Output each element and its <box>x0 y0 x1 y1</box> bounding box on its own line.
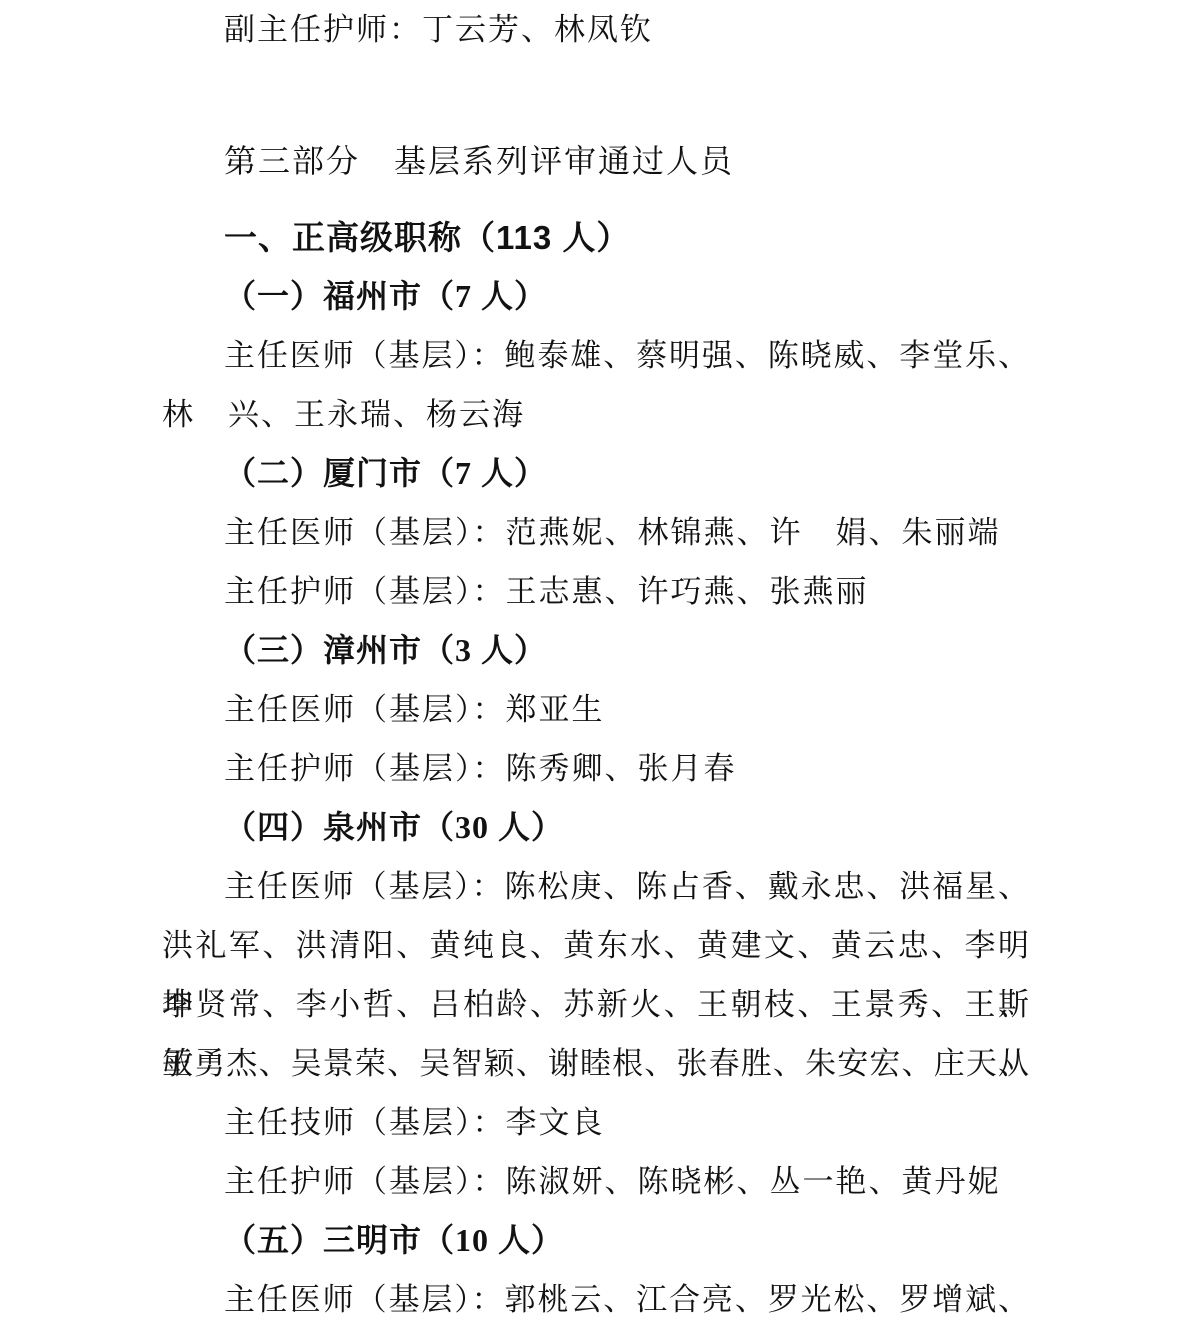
quanzhou-chief-technicians: 主任技师（基层）：李文良 <box>162 1093 1030 1152</box>
xiamen-chief-physicians: 主任医师（基层）：范燕妮、林锦燕、许 娟、朱丽端 <box>162 503 1030 562</box>
part3-title: 第三部分 基层系列评审通过人员 <box>162 132 1030 191</box>
sanming-chief-physicians-line1: 主任医师（基层）：郭桃云、江合亮、罗光松、罗增斌、 <box>162 1270 1030 1329</box>
city-heading-zhangzhou: （三）漳州市（3 人） <box>162 621 1030 680</box>
zhangzhou-chief-nurses: 主任护师（基层）：陈秀卿、张月春 <box>162 739 1030 798</box>
quanzhou-chief-physicians-line4: 王勇杰、吴景荣、吴智颖、谢睦根、张春胜、朱安宏、庄天从 <box>162 1034 1030 1093</box>
fuzhou-chief-physicians-line2: 林 兴、王永瑞、杨云海 <box>162 385 1030 444</box>
fuzhou-chief-physicians-line1: 主任医师（基层）：鲍泰雄、蔡明强、陈晓威、李堂乐、 <box>162 326 1030 385</box>
city-heading-xiamen: （二）厦门市（7 人） <box>162 444 1030 503</box>
city-heading-fuzhou: （一）福州市（7 人） <box>162 267 1030 326</box>
xiamen-chief-nurses: 主任护师（基层）：王志惠、许巧燕、张燕丽 <box>162 562 1030 621</box>
quanzhou-chief-nurses: 主任护师（基层）：陈淑妍、陈晓彬、丛一艳、黄丹妮 <box>162 1152 1030 1211</box>
quanzhou-chief-physicians-line1: 主任医师（基层）：陈松庚、陈占香、戴永忠、洪福星、 <box>162 857 1030 916</box>
document-page: 副主任护师：丁云芳、林凤钦第三部分 基层系列评审通过人员一、正高级职称（113 … <box>0 0 1190 1333</box>
document-body: 副主任护师：丁云芳、林凤钦第三部分 基层系列评审通过人员一、正高级职称（113 … <box>162 0 1030 1329</box>
city-heading-sanming: （五）三明市（10 人） <box>162 1211 1030 1270</box>
city-heading-quanzhou: （四）泉州市（30 人） <box>162 798 1030 857</box>
blank-gap <box>162 59 1030 132</box>
line-deputy-chief-nurses: 副主任护师：丁云芳、林凤钦 <box>162 0 1030 59</box>
quanzhou-chief-physicians-line2: 洪礼军、洪清阳、黄纯良、黄东水、黄建文、黄云忠、李明坤、 <box>162 916 1030 975</box>
quanzhou-chief-physicians-line3: 李贤常、李小哲、吕柏龄、苏新火、王朝枝、王景秀、王斯敏、 <box>162 975 1030 1034</box>
section1-heading: 一、正高级职称（113 人） <box>162 208 1030 267</box>
zhangzhou-chief-physicians: 主任医师（基层）：郑亚生 <box>162 680 1030 739</box>
